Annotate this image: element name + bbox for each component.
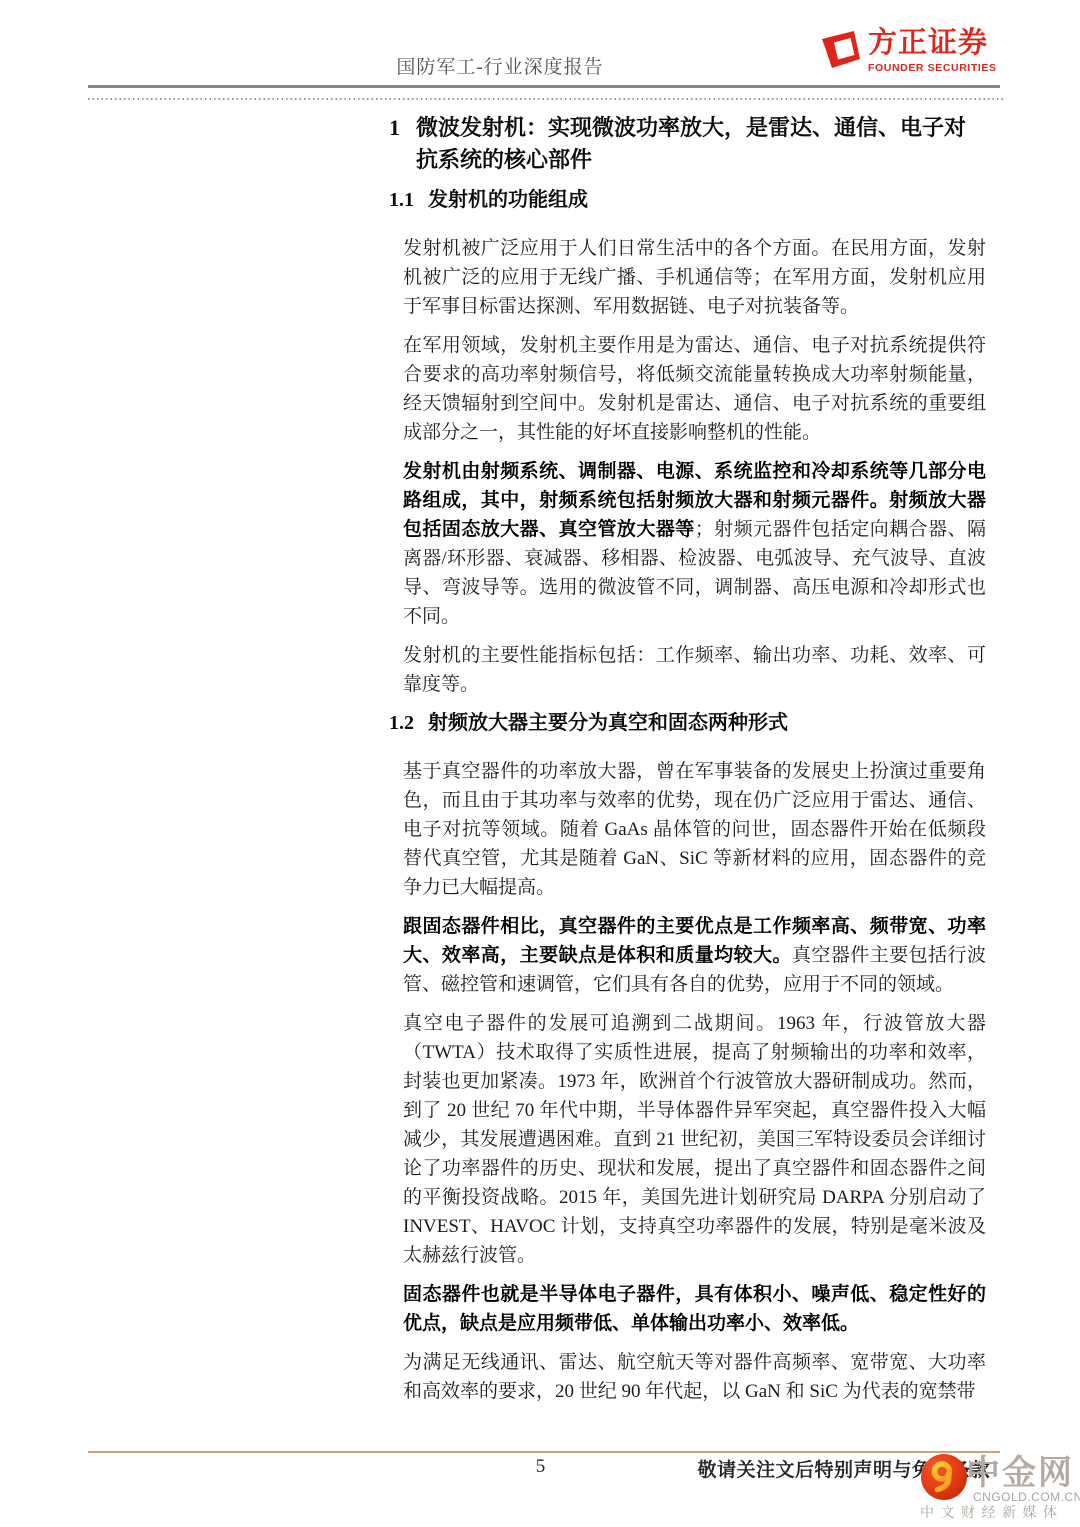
header-rule [88,85,1000,88]
heading-text: 射频放大器主要分为真空和固态两种形式 [428,711,788,735]
header-report-type: 国防军工-行业深度报告 [90,52,910,79]
heading-1: 1微波发射机：实现微波功率放大，是雷达、通信、电子对抗系统的核心部件 [389,112,986,176]
paragraph: 真空电子器件的发展可追溯到二战期间。1963 年，行波管放大器（TWTA）技术取… [403,1009,986,1270]
heading-number: 1.1 [389,188,414,212]
heading-number: 1 [389,112,400,176]
report-page: 国防军工-行业深度报告 方正证券 FOUNDER SECURITIES 1微波发… [0,0,1080,1527]
founder-logo-icon [820,28,860,79]
logo-brand-en: FOUNDER SECURITIES [868,62,997,74]
paragraph: 为满足无线通讯、雷达、航空航天等对器件高频率、宽带宽、大功率和高效率的要求，20… [403,1348,986,1406]
heading-text: 微波发射机：实现微波功率放大，是雷达、通信、电子对抗系统的核心部件 [416,112,986,176]
watermark-tagline: 中文财经新媒体 [920,1502,1064,1522]
watermark-name: 中金网 [966,1456,1074,1490]
document-body: 1微波发射机：实现微波功率放大，是雷达、通信、电子对抗系统的核心部件1.1发射机… [389,112,986,1416]
heading-1.1: 1.1发射机的功能组成 [389,188,986,212]
heading-1.2: 1.2射频放大器主要分为真空和固态两种形式 [389,711,986,735]
paragraph: 发射机由射频系统、调制器、电源、系统监控和冷却系统等几部分电路组成，其中，射频系… [403,457,986,631]
paragraph: 发射机的主要性能指标包括：工作频率、输出功率、功耗、效率、可靠度等。 [403,641,986,699]
cngold-watermark: 中金网 CNGOLD.COM.CN 中文财经新媒体 [900,1445,1080,1527]
paragraph: 发射机被广泛应用于人们日常生活中的各个方面。在民用方面，发射机被广泛的应用于无线… [403,234,986,321]
logo-brand-cn: 方正证券 [868,28,997,58]
founder-securities-logo: 方正证券 FOUNDER SECURITIES [820,28,997,79]
paragraph: 固态器件也就是半导体电子器件，具有体积小、噪声低、稳定性好的优点，缺点是应用频带… [403,1280,986,1338]
paragraph: 基于真空器件的功率放大器，曾在军事装备的发展史上扮演过重要角色，而且由于其功率与… [403,757,986,902]
header-dotted-rule [88,98,1006,100]
paragraph: 跟固态器件相比，真空器件的主要优点是工作频率高、频带宽、功率大、效率高，主要缺点… [403,912,986,999]
heading-text: 发射机的功能组成 [428,188,588,212]
cngold-logo-icon [921,1454,967,1505]
footer-rule [88,1451,1000,1453]
heading-number: 1.2 [389,711,414,735]
paragraph: 在军用领域，发射机主要作用是为雷达、通信、电子对抗系统提供符合要求的高功率射频信… [403,331,986,447]
